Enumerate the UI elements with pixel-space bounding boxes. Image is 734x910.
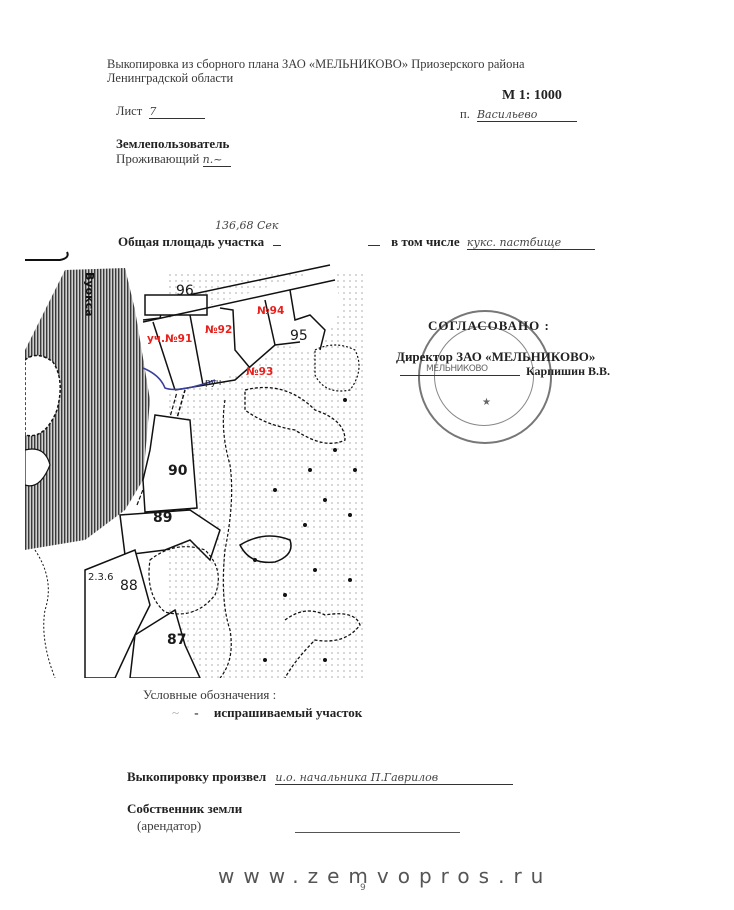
- resident-field: Проживающий п.~: [116, 151, 231, 167]
- land-user-title: Землепользователь: [116, 136, 229, 152]
- legend-item-label: испрашиваемый участок: [214, 705, 362, 720]
- website-watermark: www.zemvopros.ru: [218, 864, 552, 888]
- plot-95-label: 95: [290, 328, 308, 344]
- area-field: Общая площадь участка в том числе кукс. …: [118, 234, 595, 250]
- plot-87-label: 87: [167, 632, 186, 648]
- produced-by-label: Выкопировку произвел: [127, 769, 266, 784]
- river-label: Вуокса: [83, 272, 96, 317]
- legend-item: ~ - испрашиваемый участок: [172, 705, 362, 721]
- map-misc-label: 2.3.6: [88, 572, 113, 583]
- stream-label: руч: [205, 378, 221, 388]
- plot-89-label: 89: [153, 510, 172, 526]
- area-handwritten-value: 136,68 Сек: [215, 219, 278, 232]
- owner-sublabel: (арендатор): [137, 818, 201, 834]
- stamp-star-icon: ★: [482, 397, 491, 408]
- area-label: Общая площадь участка: [118, 234, 264, 249]
- produced-by-value: и.о. начальника П.Гаврилов: [275, 771, 513, 785]
- place-prefix: п.: [460, 107, 470, 121]
- plot-91-label: уч.№91: [147, 333, 192, 345]
- approval-signatory: Карпишин В.В.: [526, 364, 610, 379]
- plot-93-label: №93: [246, 366, 273, 378]
- place-field: п. Васильево: [460, 107, 577, 122]
- area-blank-right: [368, 245, 380, 246]
- sheet-label: Лист: [116, 104, 142, 118]
- signature-line: [400, 375, 520, 376]
- sheet-value: 7: [149, 105, 205, 119]
- approval-director: Директор ЗАО «МЕЛЬНИКОВО»: [396, 349, 595, 365]
- map-drawing: [25, 250, 365, 678]
- place-value: Васильево: [477, 108, 577, 122]
- resident-label: Проживающий: [116, 151, 199, 166]
- owner-label: Собственник земли: [127, 801, 242, 817]
- area-blank-left: [273, 245, 281, 246]
- stamp-inner-ring: [434, 326, 534, 426]
- resident-value: п.~: [203, 153, 231, 167]
- document-title-line2: Ленинградской области: [107, 71, 233, 86]
- plot-92-label: №92: [205, 324, 232, 336]
- plot-90-label: 90: [168, 463, 187, 479]
- cadastral-map: Вуокса 96 95 90 89 88 87 2.3.6 руч уч.№9…: [25, 250, 365, 678]
- document-title-line1: Выкопировка из сборного плана ЗАО «МЕЛЬН…: [107, 57, 525, 72]
- including-label: в том числе: [391, 234, 460, 249]
- page-number: 9: [360, 883, 366, 893]
- legend-title: Условные обозначения :: [143, 687, 276, 703]
- including-value: кукс. пастбище: [467, 236, 595, 250]
- produced-by-field: Выкопировку произвел и.о. начальника П.Г…: [127, 769, 513, 785]
- stamp-center-text: МЕЛЬНИКОВО: [426, 364, 488, 374]
- approval-title: СОГЛАСОВАНО :: [428, 318, 550, 334]
- owner-signature-line: [295, 832, 460, 833]
- legend-dash: -: [194, 705, 198, 720]
- scale-label: М 1: 1000: [502, 88, 562, 104]
- sheet-field: Лист 7: [116, 104, 205, 119]
- plot-94-label: №94: [257, 305, 284, 317]
- plot-88-label: 88: [120, 578, 138, 594]
- plot-96-label: 96: [176, 283, 194, 299]
- legend-symbol: ~: [172, 705, 179, 720]
